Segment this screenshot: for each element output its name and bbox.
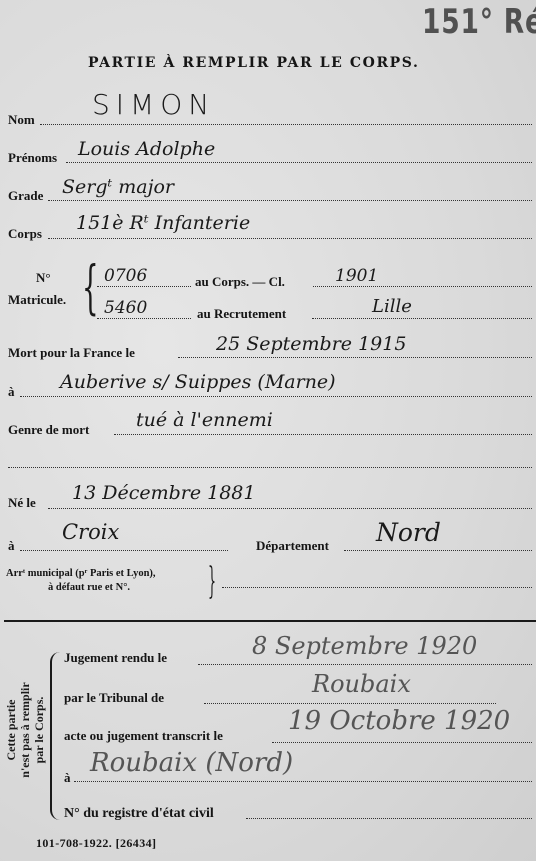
arrondissement-brace: } <box>208 564 216 600</box>
jugement-rendu-label: Jugement rendu le <box>64 650 167 666</box>
ne-le-value: 13 Décembre 1881 <box>72 482 255 504</box>
corps-number-value: 0706 <box>104 266 147 286</box>
ne-le-label: Né le <box>8 495 36 511</box>
nom-value: SIMON <box>92 88 215 121</box>
side-note-line2: n'est pas à remplir <box>18 650 32 810</box>
lieu-transcription-value: Roubaix (Nord) <box>90 748 293 778</box>
tribunal-label: par le Tribunal de <box>64 690 164 706</box>
recrutement-number-line <box>97 318 191 319</box>
ne-lieu-label: à <box>8 538 15 554</box>
print-reference: 101-708-1922. [26434] <box>36 836 156 851</box>
genre-mort-label: Genre de mort <box>8 422 89 438</box>
nom-label: Nom <box>8 112 35 128</box>
lieu-transcription-label: à <box>64 770 71 786</box>
lieu-transcription-line <box>74 781 532 782</box>
arrondissement-label-line1: Arrᵗ municipal (pʳ Paris et Lyon), <box>6 568 156 579</box>
ne-lieu-value: Croix <box>62 520 119 544</box>
matricule-label: Matricule. <box>8 292 66 308</box>
genre-mort-value: tué à l'ennemi <box>136 409 273 431</box>
recrutement-number-value: 5460 <box>104 298 147 318</box>
transcrit-line <box>272 742 532 743</box>
jugement-brace <box>50 652 60 820</box>
side-note-line1: Cette partie <box>4 650 18 810</box>
arrondissement-line <box>222 587 532 588</box>
prenoms-label: Prénoms <box>8 150 57 166</box>
ne-lieu-line <box>20 550 228 551</box>
transcrit-label: acte ou jugement transcrit le <box>64 728 223 744</box>
corps-value: 151è Rᵗ Infanterie <box>76 212 250 234</box>
grade-label: Grade <box>8 188 43 204</box>
departement-value: Nord <box>376 518 441 547</box>
recrutement-place-line <box>312 318 532 319</box>
mort-lieu-line <box>20 396 532 397</box>
section-title: PARTIE À REMPLIR PAR LE CORPS. <box>88 55 420 71</box>
matricule-no-label: N° <box>36 270 51 286</box>
tribunal-line <box>204 703 496 704</box>
tribunal-value: Roubaix <box>312 670 411 698</box>
classe-value: 1901 <box>335 266 378 286</box>
departement-label: Département <box>256 538 329 554</box>
prenoms-value: Louis Adolphe <box>78 138 215 160</box>
corps-number-label: au Corps. — Cl. <box>195 274 285 290</box>
classe-line <box>313 286 532 287</box>
corps-label: Corps <box>8 226 42 242</box>
section-separator <box>4 620 536 622</box>
mort-lieu-label: à <box>8 384 15 400</box>
recrutement-place-value: Lille <box>372 296 412 317</box>
blank-line <box>8 467 532 468</box>
grade-line <box>48 200 532 201</box>
mort-date-label: Mort pour la France le <box>8 345 135 361</box>
ne-le-line <box>48 508 532 509</box>
genre-mort-line <box>114 434 532 435</box>
registre-label: N° du registre d'état civil <box>64 806 214 822</box>
nom-line <box>40 124 532 125</box>
mort-lieu-value: Auberive s/ Suippes (Marne) <box>60 371 336 393</box>
jugement-rendu-value: 8 Septembre 1920 <box>252 632 477 660</box>
document-card: 151° Ré PARTIE À REMPLIR PAR LE CORPS. N… <box>0 0 536 861</box>
departement-line <box>344 550 532 551</box>
recrutement-label: au Recrutement <box>197 306 286 322</box>
mort-date-value: 25 Septembre 1915 <box>216 333 406 355</box>
corps-line <box>48 238 532 239</box>
arrondissement-label-line2: à défaut rue et N°. <box>48 582 130 593</box>
transcrit-value: 19 Octobre 1920 <box>288 706 510 736</box>
prenoms-line <box>66 162 532 163</box>
corps-number-line <box>97 286 191 287</box>
regiment-stamp: 151° Ré <box>422 2 536 42</box>
grade-value: Sergᵗ major <box>62 176 174 198</box>
matricule-brace: { <box>82 258 99 316</box>
side-note-line3: par le Corps. <box>32 650 46 810</box>
registre-line <box>246 818 532 819</box>
jugement-rendu-line <box>198 664 532 665</box>
mort-date-line <box>178 357 532 358</box>
